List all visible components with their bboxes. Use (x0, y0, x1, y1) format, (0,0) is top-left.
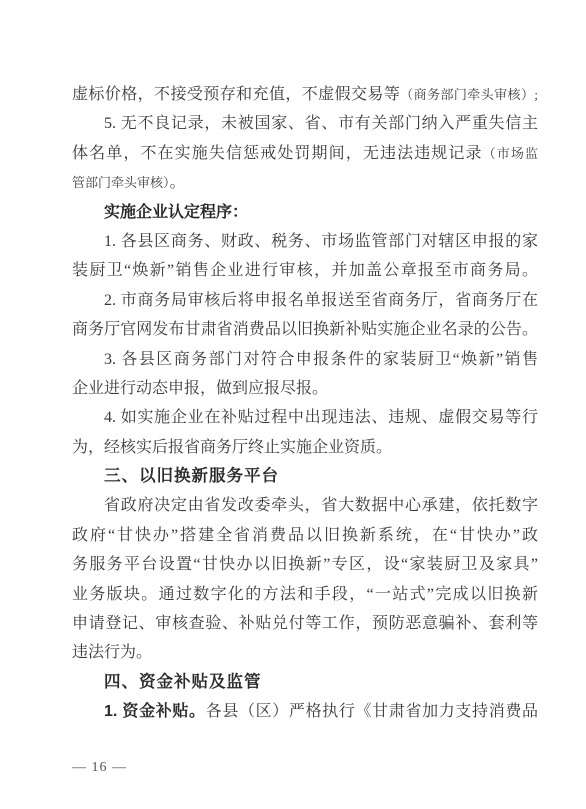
text-run-body: 4. 如实施企业在补贴过程中出现违法、违规、虚假交易等行 (104, 409, 538, 426)
document-body: 虚标价格，不接受预存和充值，不虚假交易等（商务部门牵头审核）;5. 无不良记录，… (72, 80, 538, 727)
text-line: 务服务平台设置“甘快办以旧换新”专区，设“家装厨卫及家具” (72, 550, 538, 579)
text-line: 5. 无不良记录，未被国家、省、市有关部门纳入严重失信主 (72, 109, 538, 138)
text-run-body: 申请登记、审核查验、补贴兑付等工作，预防恶意骗补、套利等 (72, 615, 538, 632)
text-line: 商务厅官网发布甘肃省消费品以旧换新补贴实施企业名录的公告。 (72, 315, 538, 344)
text-run-heading: 三、以旧换新服务平台 (104, 467, 279, 485)
text-line: 违法行为。 (72, 638, 538, 667)
text-run-body: 3. 各县区商务部门对符合申报条件的家装厨卫“焕新”销售 (104, 351, 538, 368)
text-run-small: （商务部门牵头审核）; (400, 87, 538, 102)
text-line: 省政府决定由省发改委牵头，省大数据中心承建，依托数字 (72, 491, 538, 520)
text-run-body: 1. 各县区商务、财政、税务、市场监管部门对辖区申报的家 (104, 233, 538, 250)
text-run-boldserif: 实施企业认定程序： (104, 204, 248, 221)
text-run-body: 体名单，不在实施失信惩戒处罚期间，无违法违规记录 (72, 145, 483, 162)
text-run-body: 为，经核实后报省商务厅终止实施企业资质。 (72, 439, 392, 456)
text-run-heading: 四、资金补贴及监管 (104, 673, 262, 691)
text-run-body: 各县（区）严格执行《甘肃省加力支持消费品 (206, 703, 538, 720)
text-line: 1. 各县区商务、财政、税务、市场监管部门对辖区申报的家 (72, 227, 538, 256)
text-run-body: 省政府决定由省发改委牵头，省大数据中心承建，依托数字 (104, 497, 538, 514)
page-number-label: — 16 — (72, 760, 127, 775)
text-line: 3. 各县区商务部门对符合申报条件的家装厨卫“焕新”销售 (72, 345, 538, 374)
text-line: 装厨卫“焕新”销售企业进行审核，并加盖公章报至市商务局。 (72, 256, 538, 285)
text-run-body: 务服务平台设置“甘快办以旧换新”专区，设“家装厨卫及家具” (72, 556, 538, 573)
text-line: 2. 市商务局审核后将申报名单报送至省商务厅，省商务厅在 (72, 286, 538, 315)
text-line: 虚标价格，不接受预存和充值，不虚假交易等（商务部门牵头审核）; (72, 80, 538, 109)
text-run-body: 2. 市商务局审核后将申报名单报送至省商务厅，省商务厅在 (104, 292, 538, 309)
text-run-body: 违法行为。 (72, 644, 152, 661)
text-line: 4. 如实施企业在补贴过程中出现违法、违规、虚假交易等行 (72, 403, 538, 432)
text-line: 企业进行动态申报，做到应报尽报。 (72, 374, 538, 403)
text-line: 1. 资金补贴。各县（区）严格执行《甘肃省加力支持消费品 (72, 697, 538, 726)
text-line: 为，经核实后报省商务厅终止实施企业资质。 (72, 433, 538, 462)
text-run-body: 业务版块。通过数字化的方法和手段，“一站式”完成以旧换新 (72, 586, 538, 603)
text-line: 业务版块。通过数字化的方法和手段，“一站式”完成以旧换新 (72, 580, 538, 609)
text-run-body: 商务厅官网发布甘肃省消费品以旧换新补贴实施企业名录的公告。 (72, 321, 538, 338)
text-line: 三、以旧换新服务平台 (72, 462, 538, 491)
text-line: 政府“甘快办”搭建全省消费品以旧换新系统，在“甘快办”政 (72, 521, 538, 550)
text-run-body: 装厨卫“焕新”销售企业进行审核，并加盖公章报至市商务局。 (72, 262, 538, 279)
text-line: 管部门牵头审核）。 (72, 168, 538, 197)
text-line: 体名单，不在实施失信惩戒处罚期间，无违法违规记录（市场监 (72, 139, 538, 168)
text-line: 四、资金补贴及监管 (72, 668, 538, 697)
text-run-small: 管部门牵头审核） (72, 175, 170, 190)
text-run-body: 政府“甘快办”搭建全省消费品以旧换新系统，在“甘快办”政 (72, 527, 538, 544)
text-line: 申请登记、审核查验、补贴兑付等工作，预防恶意骗补、套利等 (72, 609, 538, 638)
text-run-strong: 1. 资金补贴。 (104, 703, 206, 720)
document-page: 虚标价格，不接受预存和充值，不虚假交易等（商务部门牵头审核）;5. 无不良记录，… (0, 0, 586, 809)
text-run-body: 企业进行动态申报，做到应报尽报。 (72, 380, 328, 397)
text-run-small: （市场监 (483, 146, 538, 161)
text-run-body: 5. 无不良记录，未被国家、省、市有关部门纳入严重失信主 (104, 115, 538, 132)
text-line: 实施企业认定程序： (72, 198, 538, 227)
text-run-body: 。 (170, 174, 186, 191)
page-footer: — 16 — (72, 758, 127, 778)
text-run-body: 虚标价格，不接受预存和充值，不虚假交易等 (72, 86, 400, 103)
